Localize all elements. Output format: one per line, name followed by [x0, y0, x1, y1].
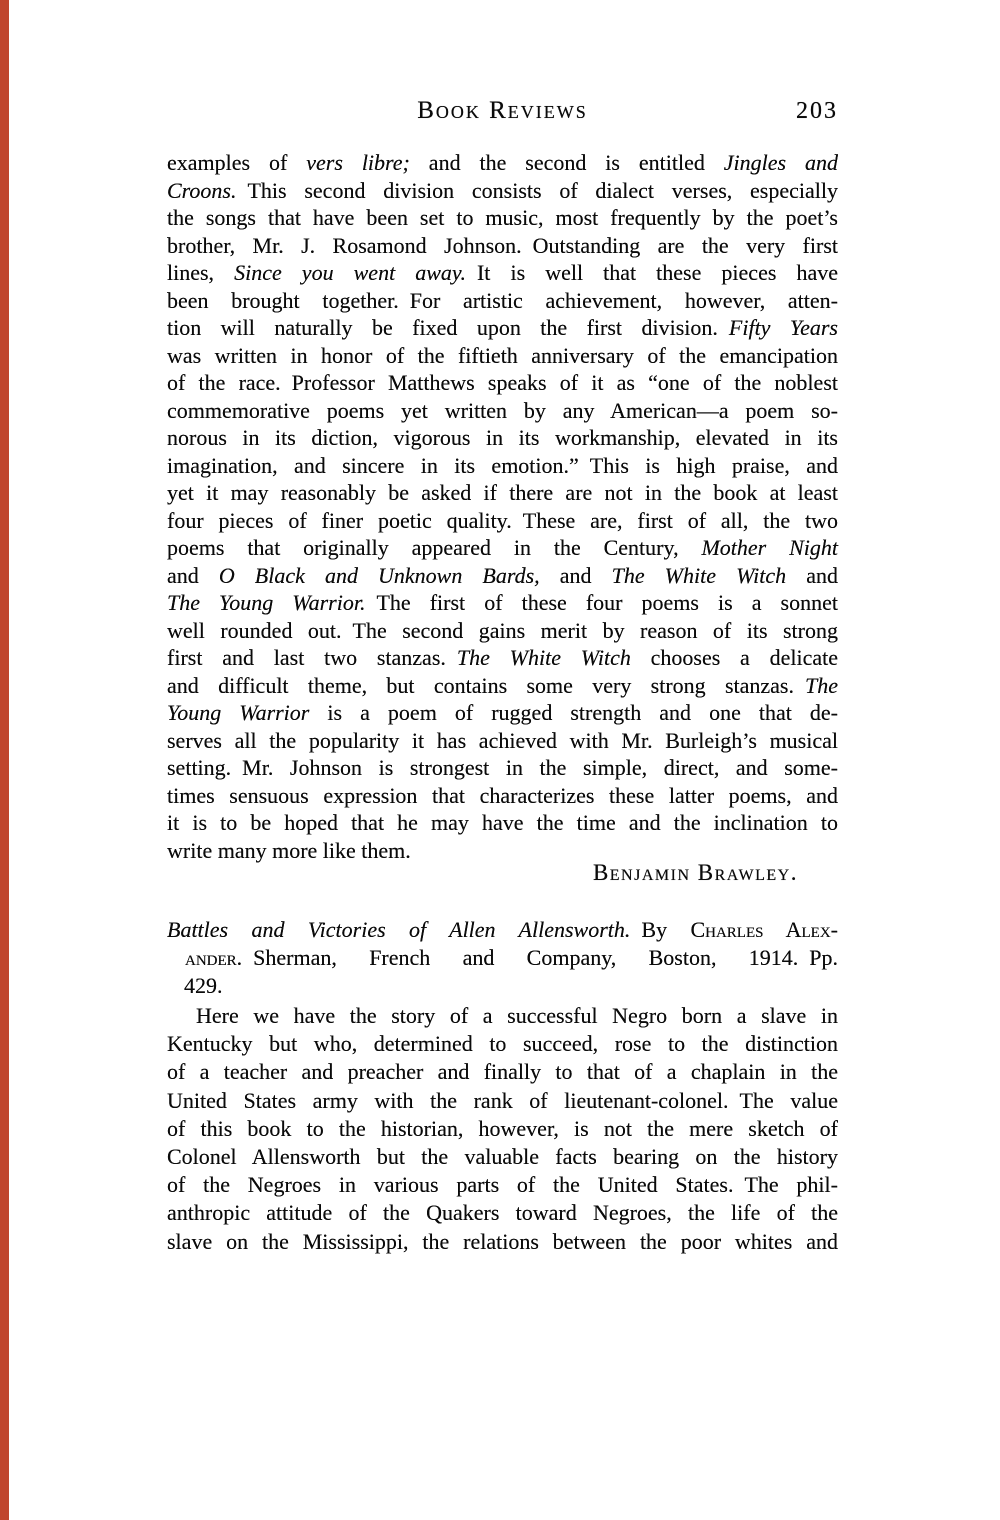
- scan-edge-stripe: [0, 0, 9, 1520]
- text-line: was written in honor of the fiftieth ann…: [167, 342, 838, 370]
- text-line: serves all the popularity it has achieve…: [167, 727, 838, 755]
- text-line: been brought together. For artistic achi…: [167, 287, 838, 315]
- text-line: Battles and Victories of Allen Allenswor…: [167, 916, 838, 944]
- text-line: lines, Since you went away. It is well t…: [167, 259, 838, 287]
- scanned-book-page: Book Reviews 203 examples of vers libre;…: [0, 0, 1000, 1520]
- text-line: imagination, and sincere in its emotion.…: [167, 452, 838, 480]
- text-line: Here we have the story of a successful N…: [167, 1002, 838, 1030]
- text-line: examples of vers libre; and the second i…: [167, 149, 838, 177]
- text-line: of this book to the historian, however, …: [167, 1115, 838, 1143]
- text-line: 429.: [167, 972, 838, 1000]
- text-line: slave on the Mississippi, the relations …: [167, 1228, 838, 1256]
- review2-paragraph: Here we have the story of a successful N…: [167, 1002, 838, 1256]
- text-line: it is to be hoped that he may have the t…: [167, 809, 838, 837]
- text-line: and difficult theme, but contains some v…: [167, 672, 838, 700]
- text-line: the songs that have been set to music, m…: [167, 204, 838, 232]
- text-line: brother, Mr. J. Rosamond Johnson. Outsta…: [167, 232, 838, 260]
- text-line: Kentucky but who, determined to succeed,…: [167, 1030, 838, 1058]
- text-line: and O Black and Unknown Bards, and The W…: [167, 562, 838, 590]
- text-line: Young Warrior is a poem of rugged streng…: [167, 699, 838, 727]
- reviewer-signature: Benjamin Brawley.: [167, 859, 838, 887]
- page-title: Book Reviews: [417, 95, 588, 127]
- text-line: ander. Sherman, French and Company, Bost…: [167, 944, 838, 972]
- text-line: times sensuous expression that character…: [167, 782, 838, 810]
- running-header: Book Reviews 203: [167, 95, 838, 127]
- text-line: well rounded out. The second gains merit…: [167, 617, 838, 645]
- text-line: four pieces of finer poetic quality. The…: [167, 507, 838, 535]
- text-line: of a teacher and preacher and finally to…: [167, 1058, 838, 1086]
- review1-paragraph: examples of vers libre; and the second i…: [167, 149, 838, 864]
- text-line: anthropic attitude of the Quakers toward…: [167, 1199, 838, 1227]
- text-line: commemorative poems yet written by any A…: [167, 397, 838, 425]
- text-line: yet it may reasonably be asked if there …: [167, 479, 838, 507]
- text-line: Croons. This second division consists of…: [167, 177, 838, 205]
- text-line: first and last two stanzas. The White Wi…: [167, 644, 838, 672]
- text-line: poems that originally appeared in the Ce…: [167, 534, 838, 562]
- page-number: 203: [796, 95, 838, 127]
- text-line: United States army with the rank of lieu…: [167, 1087, 838, 1115]
- text-line: norous in its diction, vigorous in its w…: [167, 424, 838, 452]
- review2-citation: Battles and Victories of Allen Allenswor…: [167, 916, 838, 1000]
- text-line: tion will naturally be fixed upon the fi…: [167, 314, 838, 342]
- text-line: The Young Warrior. The first of these fo…: [167, 589, 838, 617]
- text-line: setting. Mr. Johnson is strongest in the…: [167, 754, 838, 782]
- text-line: Colonel Allensworth but the valuable fac…: [167, 1143, 838, 1171]
- text-line: of the Negroes in various parts of the U…: [167, 1171, 838, 1199]
- text-line: of the race. Professor Matthews speaks o…: [167, 369, 838, 397]
